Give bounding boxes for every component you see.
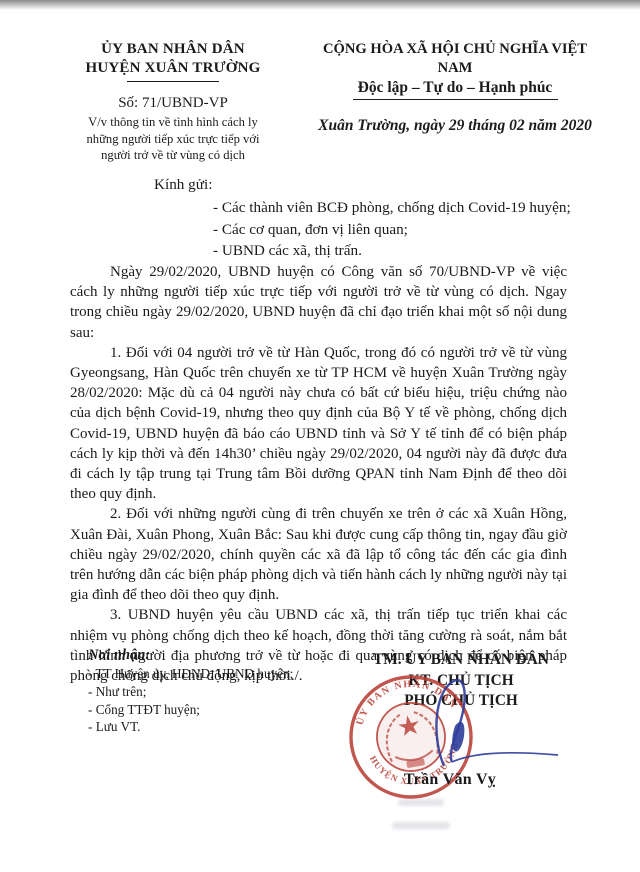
national-motto-line2: Độc lập – Tự do – Hạnh phúc: [306, 78, 604, 98]
recipient-list: - Các thành viên BCĐ phòng, chống dịch C…: [213, 197, 571, 262]
issuer-block: ỦY BAN NHÂN DÂN HUYỆN XUÂN TRƯỜNG Số: 71…: [62, 40, 284, 164]
handwritten-signature: [408, 666, 566, 778]
scanned-official-letter: ỦY BAN NHÂN DÂN HUYỆN XUÂN TRƯỜNG Số: 71…: [0, 0, 640, 872]
noi-nhan-list: - TT Huyện ủy, HĐND, UBND huyện;- Như tr…: [88, 665, 293, 736]
noi-nhan-item: - Cổng TTĐT huyện;: [88, 701, 293, 719]
body-paragraph: Ngày 29/02/2020, UBND huyện có Công văn …: [70, 262, 567, 343]
recipient-item: - UBND các xã, thị trấn.: [213, 240, 571, 262]
noi-nhan-block: Nơi nhận: - TT Huyện ủy, HĐND, UBND huyệ…: [88, 646, 293, 736]
issuer-name-line2: HUYỆN XUÂN TRƯỜNG: [62, 59, 284, 78]
subject-line: người trở về từ vùng có dịch: [62, 147, 284, 164]
issuer-rule: [127, 81, 219, 82]
document-subject: V/v thông tin về tình hình cách lynhững …: [62, 114, 284, 164]
subject-line: V/v thông tin về tình hình cách ly: [62, 114, 284, 131]
noi-nhan-item: - TT Huyện ủy, HĐND, UBND huyện;: [88, 665, 293, 683]
letter-header: ỦY BAN NHÂN DÂN HUYỆN XUÂN TRƯỜNG Số: 71…: [62, 40, 604, 164]
salutation: Kính gửi:: [154, 176, 212, 194]
noi-nhan-item: - Lưu VT.: [88, 718, 293, 736]
recipient-item: - Các thành viên BCĐ phòng, chống dịch C…: [213, 197, 571, 219]
subject-line: những người tiếp xúc trực tiếp với: [62, 131, 284, 148]
body-paragraph: 2. Đối với những người cùng đi trên chuy…: [70, 504, 567, 605]
letter-body: Ngày 29/02/2020, UBND huyện có Công văn …: [70, 262, 567, 686]
document-number: Số: 71/UBND-VP: [62, 95, 284, 112]
noi-nhan-label: Nơi nhận:: [88, 646, 293, 665]
place-and-date: Xuân Trường, ngày 29 tháng 02 năm 2020: [306, 117, 604, 135]
ink-smudge: [392, 822, 450, 829]
national-motto-line1: CỘNG HÒA XÃ HỘI CHỦ NGHĨA VIỆT NAM: [306, 40, 604, 78]
signature-graphic: [408, 666, 566, 778]
issuer-name-line1: ỦY BAN NHÂN DÂN: [62, 40, 284, 59]
recipient-item: - Các cơ quan, đơn vị liên quan;: [213, 219, 571, 241]
body-paragraph: 1. Đối với 04 người trở về từ Hàn Quốc, …: [70, 343, 567, 505]
scan-shadow: [0, 0, 640, 10]
motto-rule: [353, 99, 558, 100]
signer-name: Trần Văn Vỵ: [355, 771, 545, 789]
noi-nhan-item: - Như trên;: [88, 683, 293, 701]
national-block: CỘNG HÒA XÃ HỘI CHỦ NGHĨA VIỆT NAM Độc l…: [284, 40, 604, 164]
